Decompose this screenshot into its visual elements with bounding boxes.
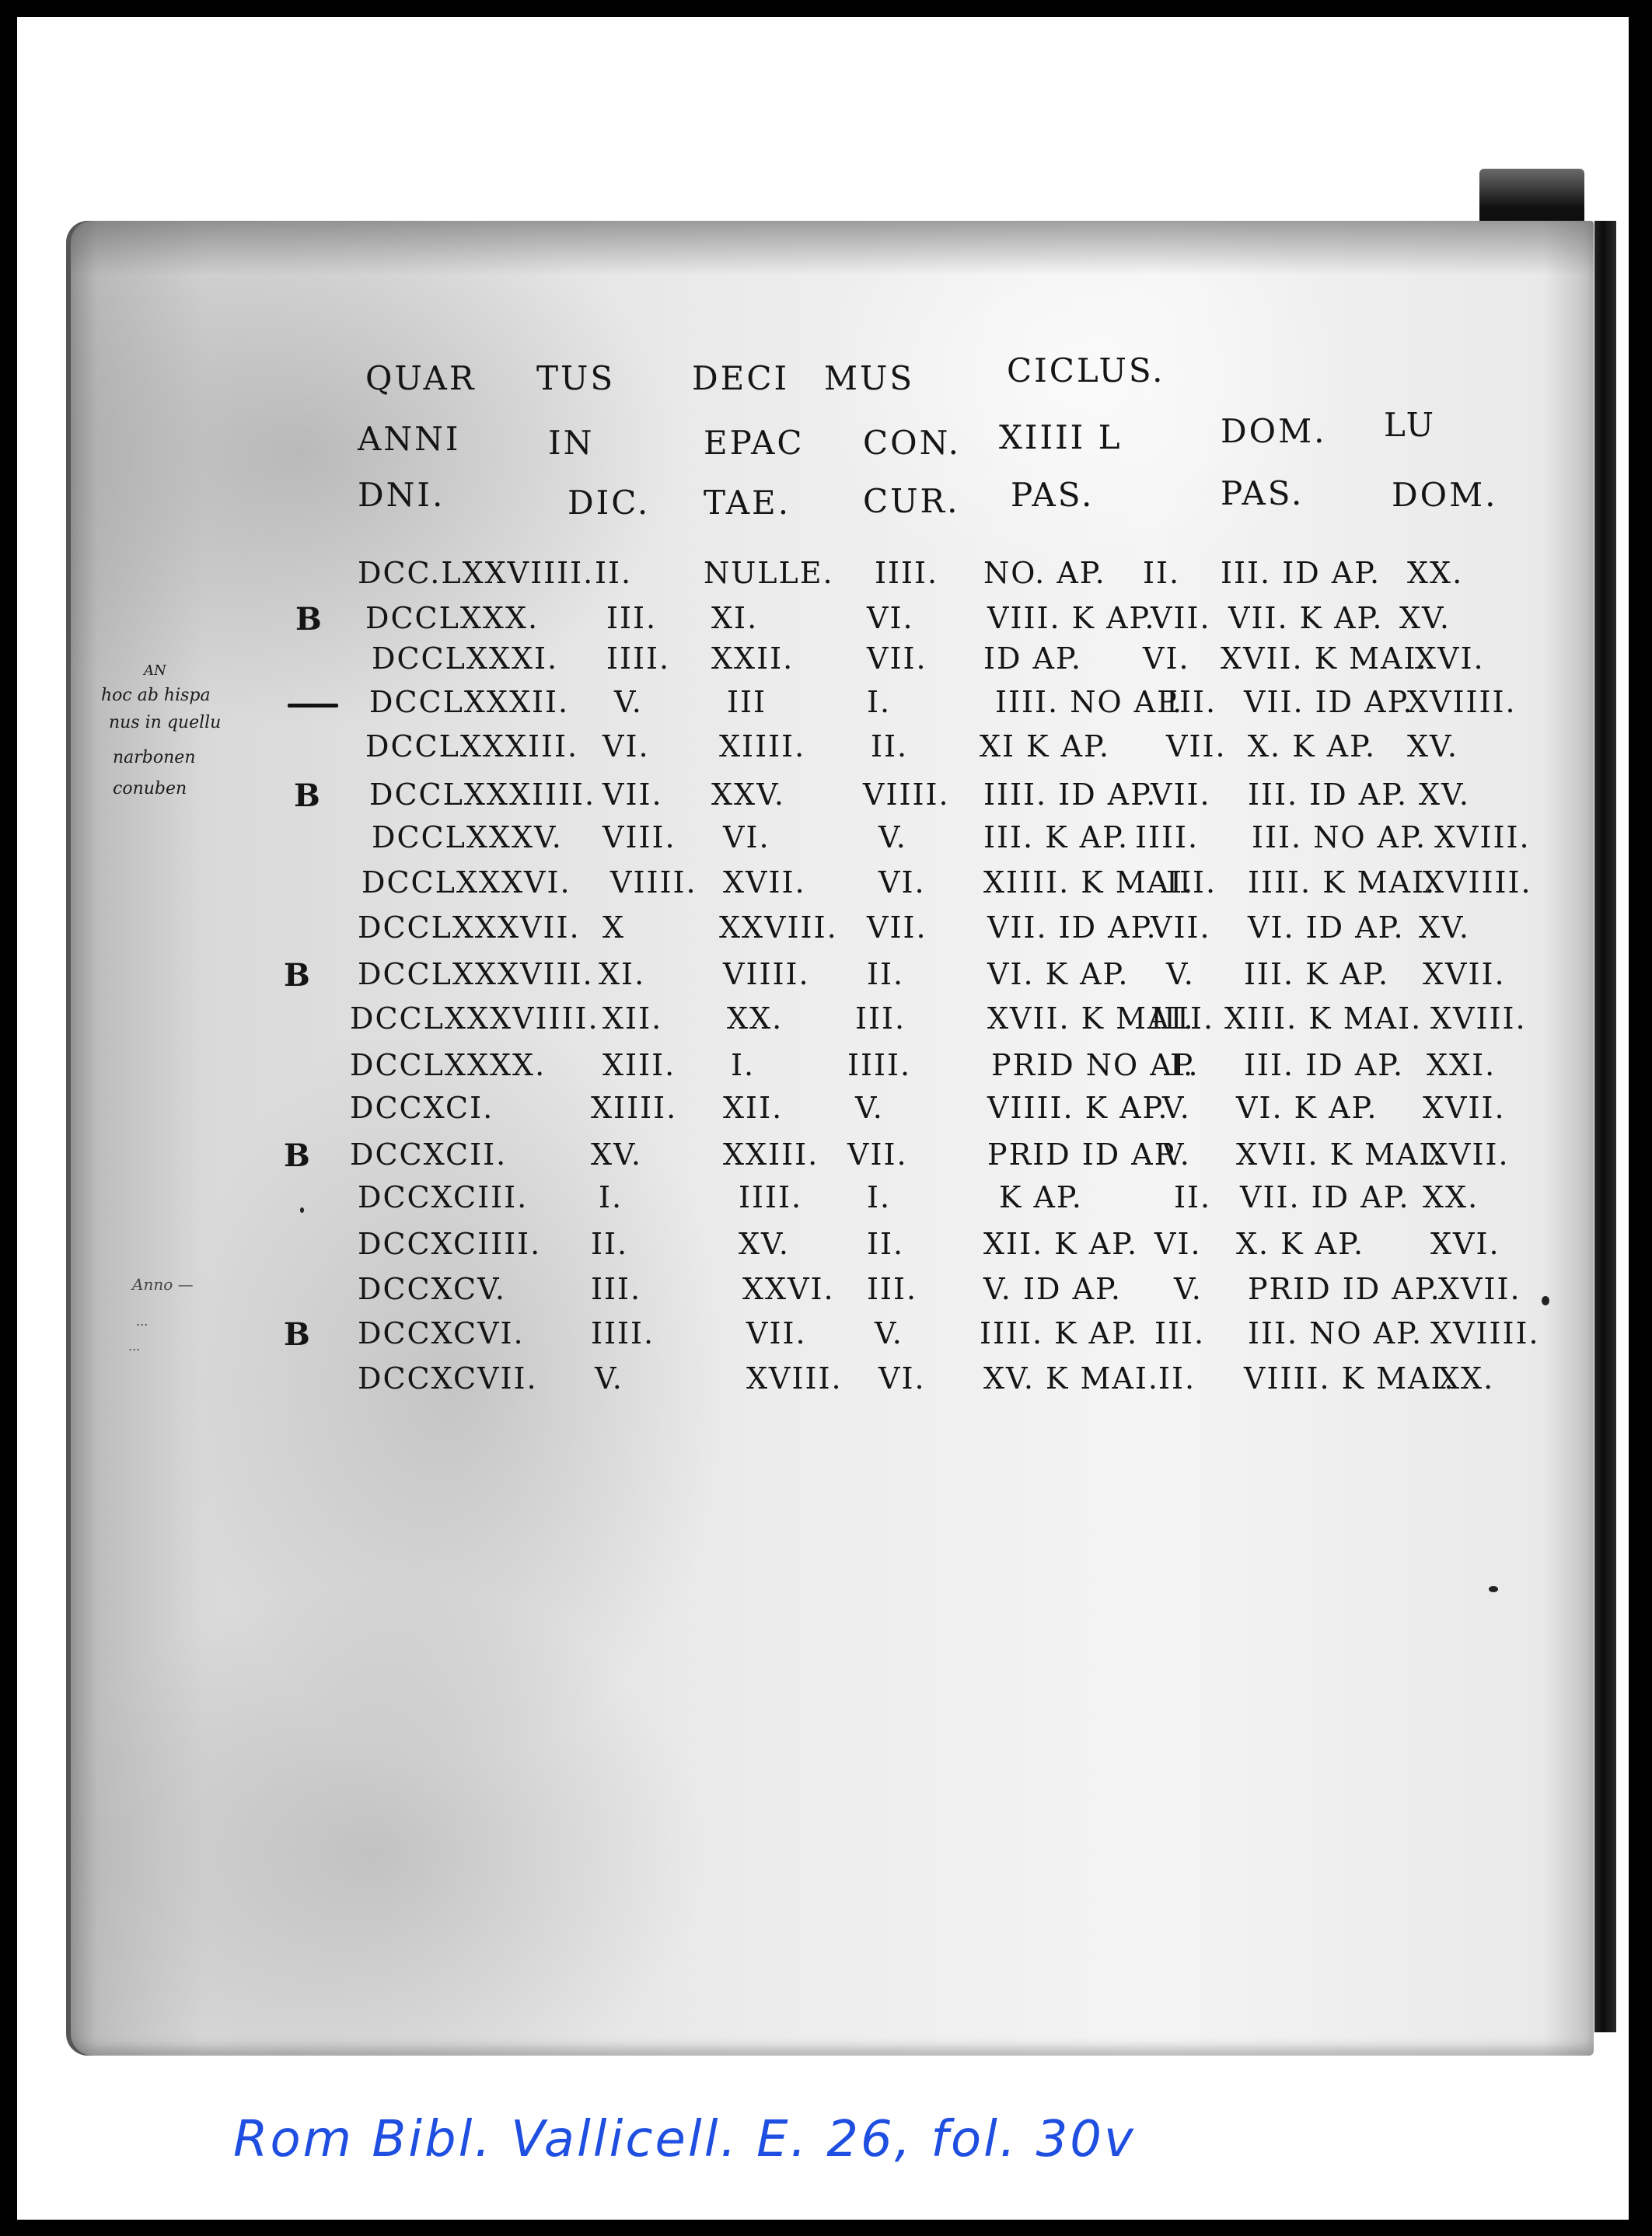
epact-cell: XXIII. — [723, 1137, 819, 1172]
feria-cell: II. — [1143, 556, 1180, 590]
table-row: B DCCXCVI. IIII. VII. V. IIII. K AP. III… — [0, 1316, 1652, 1361]
table-row: DCCLXXXVIIII. XII. XX. III. XVII. K MAI.… — [0, 1001, 1652, 1046]
luna-cell: XV. — [1419, 777, 1470, 812]
title-word: MUS — [824, 359, 914, 397]
indiction-cell: XIII. — [602, 1048, 676, 1082]
luna-cell: XVIIII. — [1423, 865, 1532, 900]
easter-date-cell: VII. K AP. — [1228, 601, 1383, 635]
concurrent-cell: VI. — [878, 1361, 926, 1396]
easter-date-cell: III. ID AP. — [1244, 1048, 1404, 1082]
feria-cell: III. — [1154, 1316, 1205, 1350]
easter-date-cell: PRID ID AP. — [1248, 1272, 1441, 1306]
concurrent-cell: III. — [855, 1001, 906, 1036]
concurrent-cell: IIII. — [847, 1048, 911, 1082]
indiction-cell: X — [602, 910, 625, 945]
margin-note-line: Anno — — [132, 1275, 194, 1294]
feria-cell: VI. — [1143, 641, 1190, 676]
year-cell: DCCLXXXIII. — [365, 729, 578, 763]
header-xiiii-l: XIIII L — [999, 418, 1123, 456]
epact-cell: VIIII. — [723, 957, 810, 991]
table-row: B DCCLXXXVIII. XI. VIIII. II. VI. K AP. … — [0, 957, 1652, 1002]
header-dom-2: DOM. — [1392, 476, 1497, 514]
luna14-cell: IIII. K AP. — [980, 1316, 1138, 1350]
feria-cell: I. — [1170, 1048, 1194, 1082]
header-dom: DOM. — [1221, 412, 1326, 450]
indiction-cell: III. — [606, 601, 657, 635]
concurrent-cell: VI. — [878, 865, 926, 900]
luna-cell: XVII. — [1427, 1137, 1510, 1172]
luna-cell: XXI. — [1427, 1048, 1496, 1082]
concurrent-cell: IIII. — [875, 556, 938, 590]
concurrent-cell: V. — [878, 820, 907, 854]
indiction-cell: I. — [599, 1180, 623, 1214]
concurrent-cell: I. — [867, 685, 891, 719]
bissextile-mark: B — [295, 601, 323, 638]
easter-date-cell: XVII. K MAI. — [1236, 1137, 1444, 1172]
easter-date-cell: X. K AP. — [1248, 729, 1376, 763]
easter-date-cell: III. NO AP. — [1252, 820, 1427, 854]
table-row: DCC.LXXVIIII. II. NULLE. IIII. NO. AP. I… — [0, 556, 1652, 601]
table-row: B DCCXCII. XV. XXIII. VII. PRID ID AP. V… — [0, 1137, 1652, 1183]
year-cell: DCCLXXXI. — [372, 641, 558, 676]
archival-caption: Rom Bibl. Vallicell. E. 26, fol. 30v — [233, 2111, 1136, 2168]
title-word: TUS — [536, 359, 615, 397]
easter-date-cell: VII. ID AP. — [1244, 685, 1414, 719]
concurrent-cell: VII. — [867, 910, 927, 945]
header-con: CON. — [863, 424, 961, 462]
feria-cell: VI. — [1154, 1227, 1202, 1261]
header-in: IN — [548, 424, 594, 462]
concurrent-cell: VIIII. — [863, 777, 950, 812]
year-cell: DCCLXXX. — [365, 601, 539, 635]
luna-cell: XX. — [1438, 1361, 1494, 1396]
feria-cell: VII. — [1151, 910, 1211, 945]
table-row: DCCXCIII. I. IIII. I. K AP. II. VII. ID … — [0, 1180, 1652, 1225]
year-cell: DCCLXXXII. — [369, 685, 569, 719]
luna14-cell: XV. K MAI. — [983, 1361, 1159, 1396]
bissextile-mark: B — [284, 1137, 312, 1174]
easter-date-cell: III. NO AP. — [1248, 1316, 1423, 1350]
year-cell: DCCXCVII. — [358, 1361, 538, 1396]
luna-cell: XVIIII. — [1407, 685, 1517, 719]
indiction-cell: VII. — [602, 777, 663, 812]
concurrent-cell: II. — [871, 729, 908, 763]
margin-note-line: nus in quellu — [109, 711, 221, 735]
easter-date-cell: III. ID AP. — [1221, 556, 1381, 590]
luna-cell: XVII. — [1423, 1091, 1506, 1125]
header-pas: PAS. — [1011, 476, 1094, 514]
luna14-cell: VIIII. K AP. — [987, 1091, 1169, 1125]
luna-cell: XV. — [1407, 729, 1458, 763]
easter-date-cell: VII. ID AP. — [1240, 1180, 1410, 1214]
luna-cell: XVII. — [1423, 957, 1506, 991]
luna14-cell: XII. K AP. — [983, 1227, 1138, 1261]
year-cell: DCCLXXXVIII. — [358, 957, 594, 991]
luna14-cell: XI K AP. — [980, 729, 1110, 763]
epact-cell: XXV. — [711, 777, 785, 812]
title-word: DECI — [692, 359, 789, 397]
table-row: DCCLXXXVII. X XXVIII. VII. VII. ID AP. V… — [0, 910, 1652, 956]
indiction-cell: VIIII. — [610, 865, 697, 900]
indiction-cell: II. — [591, 1227, 628, 1261]
bissextile-mark: B — [284, 1316, 312, 1353]
title-word: CICLUS. — [1007, 351, 1165, 390]
margin-note-line: narbonen — [113, 746, 196, 770]
table-row: DCCLXXXX. XIII. I. IIII. PRID NO AP. I. … — [0, 1048, 1652, 1093]
indiction-cell: VI. — [602, 729, 650, 763]
luna-cell: XVIII. — [1434, 820, 1531, 854]
luna-cell: XV. — [1399, 601, 1451, 635]
epact-cell: III — [727, 685, 767, 719]
table-row: DCCXCI. XIIII. XII. V. VIIII. K AP. V. V… — [0, 1091, 1652, 1136]
easter-date-cell: VIIII. K MAI. — [1244, 1361, 1455, 1396]
indiction-cell: XV. — [591, 1137, 642, 1172]
year-cell: DCCLXXXVII. — [358, 910, 581, 945]
concurrent-cell: VI. — [867, 601, 914, 635]
year-cell: DCCXCIII. — [358, 1180, 528, 1214]
luna-cell: XVI. — [1415, 641, 1485, 676]
indiction-cell: XI. — [599, 957, 645, 991]
indiction-cell: III. — [591, 1272, 641, 1306]
concurrent-cell: V. — [855, 1091, 884, 1125]
easter-date-cell: III. ID AP. — [1248, 777, 1408, 812]
concurrent-cell: III. — [867, 1272, 917, 1306]
epact-cell: VI. — [723, 820, 770, 854]
feria-cell: VII. — [1151, 601, 1211, 635]
luna14-cell: PRID ID AP. — [987, 1137, 1181, 1172]
header-tae: TAE. — [704, 484, 791, 522]
luna14-cell: VIII. K AP. — [987, 601, 1156, 635]
epact-cell: XVII. — [723, 865, 806, 900]
year-cell: DCCXCII. — [350, 1137, 507, 1172]
luna-cell: XVIII. — [1430, 1001, 1527, 1036]
table-row: DCCXCV. III. XXVI. III. V. ID AP. V. PRI… — [0, 1272, 1652, 1317]
indiction-cell: XIIII. — [591, 1091, 677, 1125]
table-row: DCCLXXXI. IIII. XXII. VII. ID AP. VI. XV… — [0, 641, 1652, 687]
table-row: DCCLXXXII. V. III I. IIII. NO AP. III. V… — [0, 685, 1652, 730]
table-row: DCCXCIIII. II. XV. II. XII. K AP. VI. X.… — [0, 1227, 1652, 1272]
margin-note-line: ... — [128, 1337, 140, 1356]
year-cell: DCCLXXXX. — [350, 1048, 546, 1082]
epact-cell: XXII. — [711, 641, 794, 676]
luna14-cell: III. K AP. — [983, 820, 1129, 854]
feria-cell: II. — [1174, 1180, 1211, 1214]
luna-cell: XX. — [1423, 1180, 1479, 1214]
margin-note-line: conuben — [113, 777, 187, 801]
table-row: B DCCLXXX. III. XI. VI. VIII. K AP. VII.… — [0, 601, 1652, 646]
easter-date-cell: X. K AP. — [1236, 1227, 1364, 1261]
epact-cell: VII. — [746, 1316, 807, 1350]
header-dni: DNI. — [358, 476, 445, 514]
epact-cell: XI. — [711, 601, 758, 635]
indiction-cell: VIII. — [602, 820, 676, 854]
year-cell: DCCLXXXV. — [372, 820, 563, 854]
table-row: B DCCLXXXIIII. VII. XXV. VIIII. IIII. ID… — [0, 777, 1652, 823]
easter-date-cell: XIII. K MAI. — [1224, 1001, 1422, 1036]
feria-cell: V. — [1174, 1272, 1203, 1306]
luna-cell: XV. — [1419, 910, 1470, 945]
table-row: DCCLXXXV. VIII. VI. V. III. K AP. IIII. … — [0, 820, 1652, 865]
concurrent-cell: VII. — [847, 1137, 908, 1172]
margin-note-line: ... — [136, 1312, 148, 1331]
indiction-cell: V. — [614, 685, 643, 719]
easter-date-cell: XVII. K MAI. — [1221, 641, 1428, 676]
year-cell: DCCLXXXVIIII. — [350, 1001, 599, 1036]
concurrent-cell: V. — [875, 1316, 903, 1350]
luna14-cell: NO. AP. — [983, 556, 1106, 590]
luna14-cell: ID AP. — [983, 641, 1082, 676]
margin-note-line: hoc ab hispa — [101, 684, 211, 707]
easter-date-cell: IIII. K MAI. — [1248, 865, 1436, 900]
header-epac: EPAC — [704, 424, 805, 462]
year-cell: DCCXCIIII. — [358, 1227, 541, 1261]
table-row: DCCLXXXIII. VI. XIIII. II. XI K AP. VII.… — [0, 729, 1652, 774]
easter-date-cell: VI. K AP. — [1236, 1091, 1378, 1125]
header-pas-2: PAS. — [1221, 474, 1304, 512]
indiction-cell: IIII. — [606, 641, 670, 676]
epact-cell: XVIII. — [746, 1361, 843, 1396]
epact-cell: XX. — [727, 1001, 783, 1036]
epact-cell: XII. — [723, 1091, 783, 1125]
bissextile-mark: B — [284, 957, 312, 994]
feria-cell: VII. — [1166, 729, 1227, 763]
epact-cell: XV. — [739, 1227, 790, 1261]
feria-cell: V. — [1162, 1137, 1191, 1172]
indiction-cell: V. — [595, 1361, 623, 1396]
year-cell: DCC.LXXVIIII. — [358, 556, 594, 590]
luna-cell: XVIIII. — [1430, 1316, 1540, 1350]
feria-cell: IIII. — [1151, 1001, 1214, 1036]
ink-speck — [1489, 1586, 1498, 1592]
epact-cell: XIIII. — [719, 729, 805, 763]
feria-cell: III. — [1166, 865, 1217, 900]
feria-cell: III. — [1166, 685, 1217, 719]
header-lu: LU — [1384, 406, 1436, 444]
epact-cell: XXVIII. — [719, 910, 838, 945]
table-row: DCCLXXXVI. VIIII. XVII. VI. XIIII. K MAI… — [0, 865, 1652, 910]
feria-cell: VII. — [1151, 777, 1211, 812]
epact-cell: I. — [731, 1048, 755, 1082]
header-dic: DIC. — [568, 484, 650, 522]
luna-cell: XVI. — [1430, 1227, 1500, 1261]
margin-note-line: AN — [144, 659, 166, 683]
concurrent-cell: VII. — [867, 641, 927, 676]
luna-cell: XX. — [1407, 556, 1463, 590]
luna14-cell: IIII. NO AP. — [995, 685, 1183, 719]
epact-cell: NULLE. — [704, 556, 834, 590]
pointer-dash — [288, 704, 338, 707]
luna14-cell: K AP. — [999, 1180, 1083, 1214]
epact-cell: IIII. — [739, 1180, 802, 1214]
luna14-cell: V. ID AP. — [983, 1272, 1122, 1306]
year-cell: DCCXCVI. — [358, 1316, 525, 1350]
luna14-cell: VI. K AP. — [987, 957, 1129, 991]
feria-cell: II. — [1158, 1361, 1196, 1396]
header-cur: CUR. — [863, 482, 960, 520]
indiction-cell: II. — [595, 556, 632, 590]
luna14-cell: IIII. ID AP. — [983, 777, 1157, 812]
ink-speck — [1542, 1296, 1549, 1305]
bissextile-mark: B — [294, 777, 322, 814]
concurrent-cell: II. — [867, 1227, 904, 1261]
ink-speck — [300, 1207, 304, 1213]
concurrent-cell: II. — [867, 957, 904, 991]
easter-date-cell: VI. ID AP. — [1248, 910, 1405, 945]
feria-cell: V. — [1162, 1091, 1191, 1125]
year-cell: DCCXCV. — [358, 1272, 506, 1306]
luna14-cell: XIIII. K MAI. — [983, 865, 1194, 900]
year-cell: DCCLXXXVI. — [361, 865, 571, 900]
luna14-cell: VII. ID AP. — [987, 910, 1158, 945]
title-word: QUAR — [365, 359, 477, 397]
indiction-cell: IIII. — [591, 1316, 655, 1350]
concurrent-cell: I. — [867, 1180, 891, 1214]
easter-date-cell: III. K AP. — [1244, 957, 1389, 991]
epact-cell: XXVI. — [742, 1272, 835, 1306]
feria-cell: IIII. — [1135, 820, 1199, 854]
year-cell: DCCXCI. — [350, 1091, 494, 1125]
indiction-cell: XII. — [602, 1001, 662, 1036]
luna14-cell: PRID NO AP. — [991, 1048, 1200, 1082]
header-anni: ANNI — [358, 420, 460, 458]
year-cell: DCCLXXXIIII. — [369, 777, 595, 812]
feria-cell: V. — [1166, 957, 1195, 991]
luna-cell: XVII. — [1438, 1272, 1521, 1306]
table-row: DCCXCVII. V. XVIII. VI. XV. K MAI. II. V… — [0, 1361, 1652, 1406]
